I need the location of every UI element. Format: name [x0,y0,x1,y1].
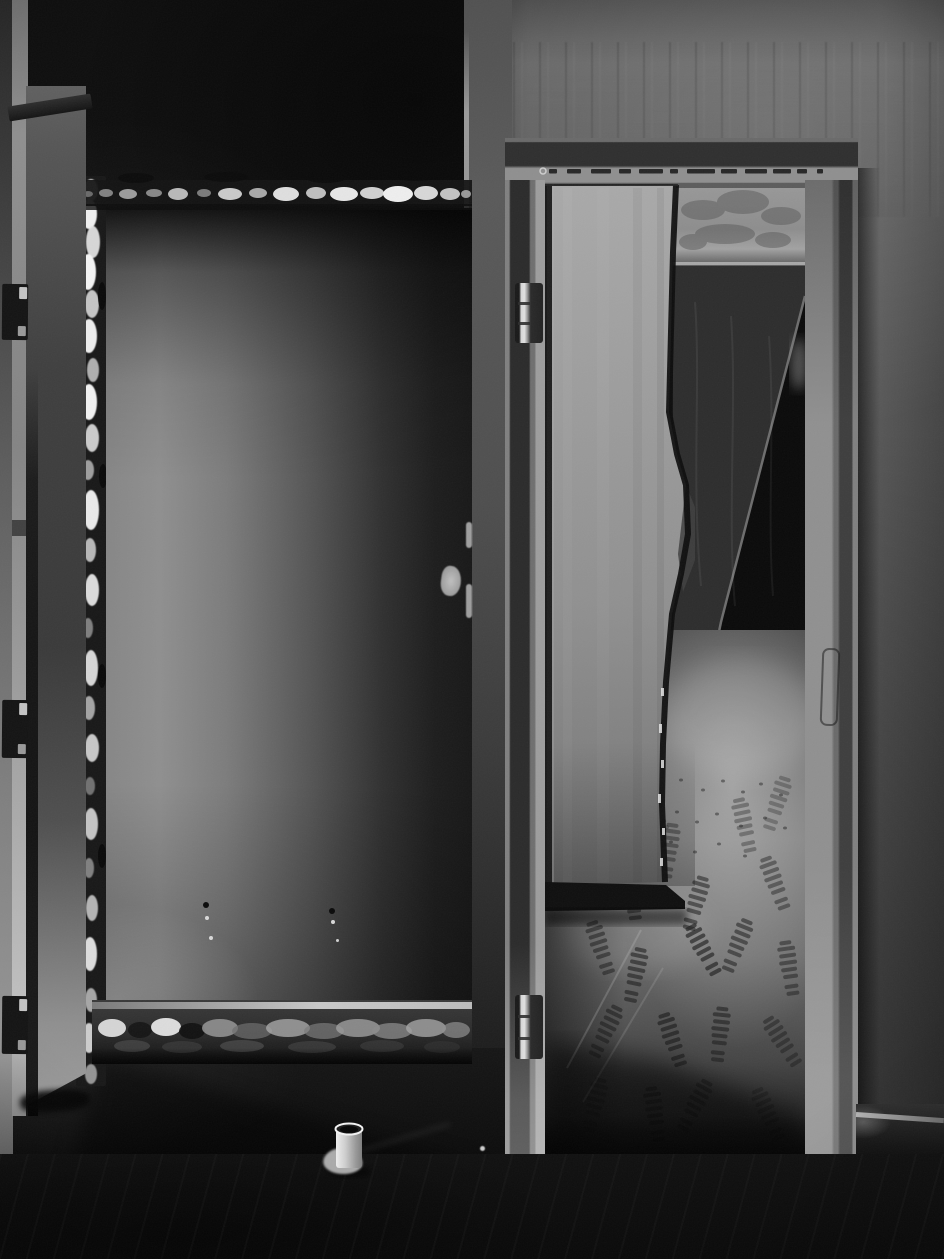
paint-speck [209,936,213,940]
door-bottom-shadow-bar [545,882,685,911]
doorway-lintel [505,138,858,184]
charred-top-frame-strip [76,170,472,214]
cabinet-hinge [2,700,29,758]
doorway-right-jamb [805,180,858,1158]
nail-hole [329,908,335,914]
paint-speck [336,939,339,942]
peeled-plaster-patch [439,565,463,597]
door-hinge [515,283,543,343]
lintel-screw-slots [505,138,858,184]
foreground-floor [0,1154,944,1259]
photograph-burned-interior [0,0,944,1259]
cabinet-hinge [2,996,29,1054]
frame-cast-shadow [858,168,880,1163]
paint-speck [205,916,209,920]
peeling-paint-fleck [466,584,472,618]
doorway-opening [545,182,805,1155]
threshold-shadow [545,1062,805,1155]
charred-sill-strip [92,1000,472,1064]
nail-hole [203,902,209,908]
cabinet-door [0,0,92,1160]
cabinet-hinge [2,284,28,340]
jamb-burn-mark [820,648,841,727]
paint-speck [480,1146,485,1151]
paint-speck [331,920,335,924]
door-hinge [515,995,543,1059]
paint-can [314,1116,378,1184]
baseboard-top-edge [856,1112,944,1123]
closet-recess [100,208,472,1008]
open-door-leaf [545,182,695,944]
peeling-paint-fleck [466,522,472,548]
